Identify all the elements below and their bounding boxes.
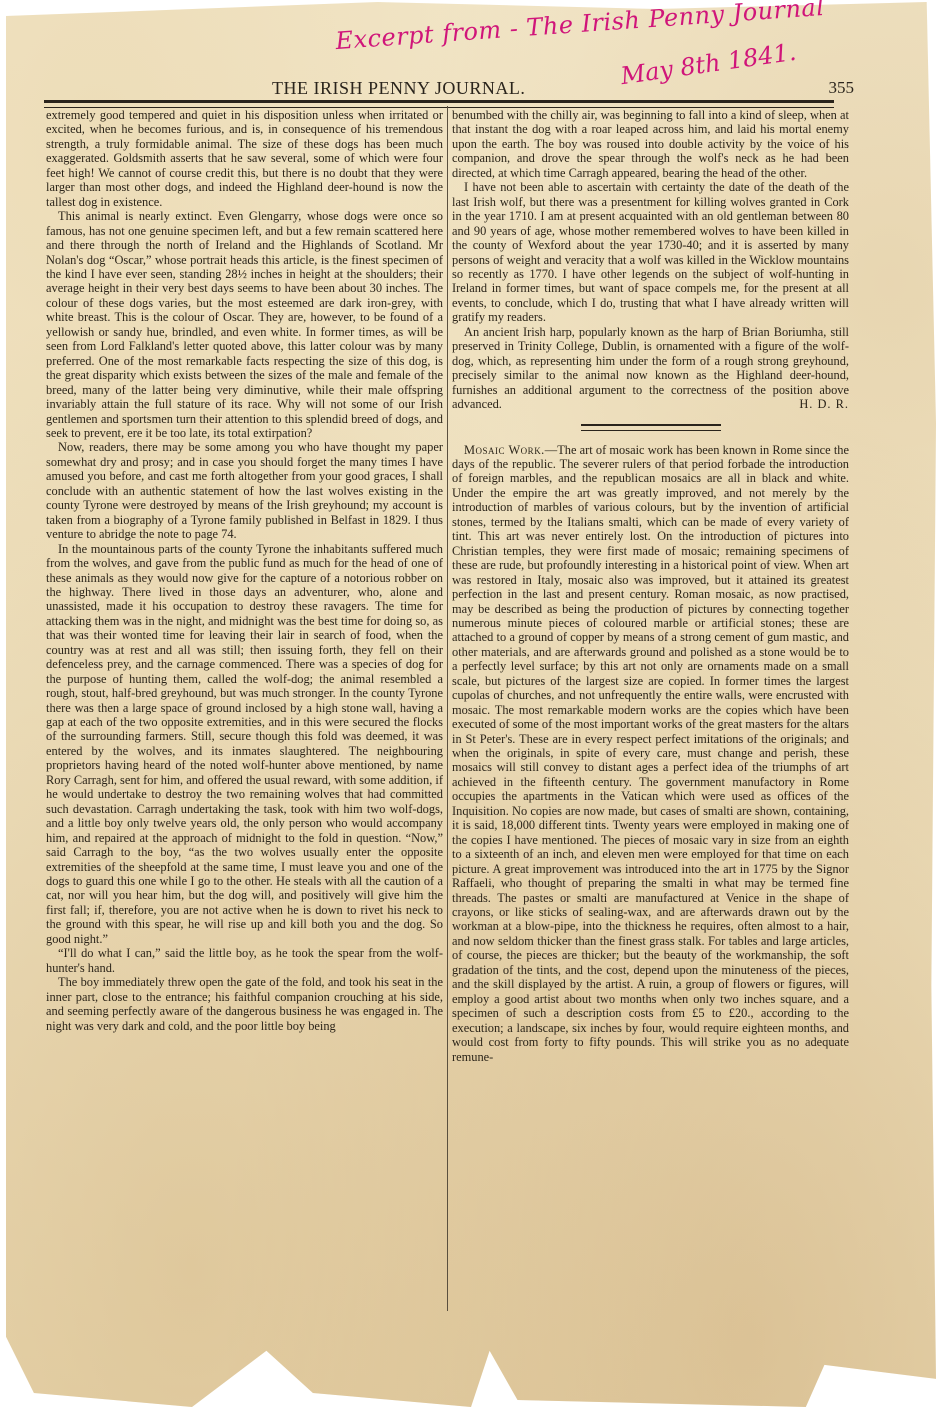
article-heading: Mosaic Work. xyxy=(464,443,545,457)
paragraph: Now, readers, there may be some among yo… xyxy=(46,440,443,541)
article-body: —The art of mosaic work has been known i… xyxy=(452,443,849,1064)
paragraph: benumbed with the chilly air, was beginn… xyxy=(452,108,849,180)
section-separator xyxy=(581,424,721,431)
paragraph: The boy immediately threw open the gate … xyxy=(46,975,443,1033)
left-column: extremely good tempered and quiet in his… xyxy=(46,108,443,1033)
mosaic-work-article: Mosaic Work.—The art of mosaic work has … xyxy=(452,443,849,1064)
page-header: THE IRISH PENNY JOURNAL. 355 xyxy=(44,76,834,98)
paragraph: This animal is nearly extinct. Even Glen… xyxy=(46,209,443,440)
paragraph: I have not been able to ascertain with c… xyxy=(452,180,849,325)
paragraph: “I'll do what I can,” said the little bo… xyxy=(46,946,443,975)
column-divider xyxy=(447,106,448,1311)
header-rule xyxy=(44,100,834,108)
paragraph: In the mountainous parts of the county T… xyxy=(46,542,443,947)
page-number: 355 xyxy=(829,78,855,98)
paragraph: extremely good tempered and quiet in his… xyxy=(46,108,443,209)
right-column: benumbed with the chilly air, was beginn… xyxy=(452,108,849,1064)
author-signature: H. D. R. xyxy=(787,397,849,411)
paragraph: An ancient Irish harp, popularly known a… xyxy=(452,325,849,412)
journal-title: THE IRISH PENNY JOURNAL. xyxy=(272,78,525,99)
